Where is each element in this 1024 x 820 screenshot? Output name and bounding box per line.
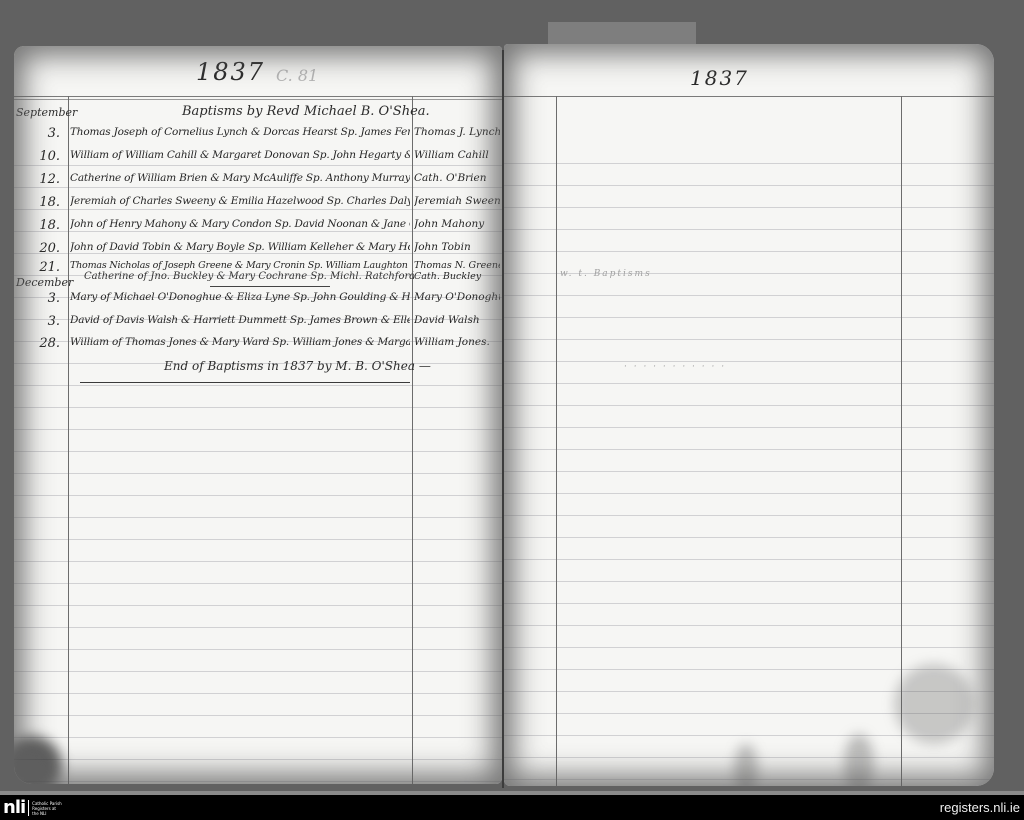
entry-name: William Jones.: [414, 336, 500, 348]
baptism-entry: 28. William of Thomas Jones & Mary Ward …: [14, 336, 502, 358]
logo-divider: [28, 800, 29, 816]
entry-name: Jeremiah Sweeny: [414, 195, 500, 207]
water-stain: [894, 664, 974, 744]
nli-logo-text: Catholic Parish Registers at the NLI: [32, 801, 62, 816]
entry-day: 21.: [26, 260, 60, 275]
header-rule-double: [14, 99, 502, 100]
entry-day: 10.: [26, 149, 60, 164]
month-label-december: December: [16, 276, 73, 289]
entry-name: Thomas J. Lynch: [414, 126, 500, 138]
month-label-september: September: [16, 106, 77, 119]
entry-text: John of David Tobin & Mary Boyle Sp. Wil…: [70, 241, 410, 253]
entry-text: William of Thomas Jones & Mary Ward Sp. …: [70, 336, 410, 348]
page-year: 1837: [690, 66, 749, 90]
page-ghost-mark: C. 81: [276, 66, 318, 85]
water-stain: [844, 734, 874, 786]
entry-text: Thomas Joseph of Cornelius Lynch & Dorca…: [70, 126, 410, 138]
right-page: 1837 w. t. Baptisms · · · · · · · · · · …: [504, 44, 994, 786]
entry-text: Thomas Nicholas of Joseph Greene & Mary …: [70, 260, 410, 271]
baptism-entry: 3. Mary of Michael O'Donoghue & Eliza Ly…: [14, 291, 502, 313]
scan-viewer: 1837 C. 81 September Baptisms by Revd Mi…: [0, 0, 1024, 795]
closing-rule: [80, 382, 410, 383]
register-heading: Baptisms by Revd Michael B. O'Shea.: [182, 104, 430, 119]
baptism-entry: 12. Catherine of William Brien & Mary Mc…: [14, 172, 502, 194]
header-rule: [504, 96, 994, 97]
margin-line: [556, 96, 557, 786]
entry-name: David Walsh: [414, 314, 500, 326]
left-page: 1837 C. 81 September Baptisms by Revd Mi…: [14, 46, 502, 784]
footer-bar: nli Catholic Parish Registers at the NLI…: [0, 795, 1024, 820]
baptism-entry: 3. David of Davis Walsh & Harriett Dumme…: [14, 314, 502, 336]
entry-day: 28.: [26, 336, 60, 351]
header-rule: [14, 96, 502, 97]
entry-name: Mary O'Donoghue: [414, 291, 500, 303]
entry-name-second: Cath. Buckley: [414, 271, 500, 282]
paper-tab-strip: [548, 22, 696, 46]
entry-subtext: Catherine of Jno. Buckley & Mary Cochran…: [84, 271, 414, 282]
bleed-through-text: · · · · · · · · · · ·: [624, 362, 726, 372]
closing-note: End of Baptisms in 1837 by M. B. O'Shea …: [164, 359, 431, 373]
entry-text: Catherine of William Brien & Mary McAuli…: [70, 172, 410, 184]
water-stain: [734, 744, 758, 786]
site-link[interactable]: registers.nli.ie: [940, 800, 1020, 815]
entry-text: William of William Cahill & Margaret Don…: [70, 149, 410, 161]
nli-logo[interactable]: nli Catholic Parish Registers at the NLI: [3, 799, 62, 817]
baptism-entry: 3. Thomas Joseph of Cornelius Lynch & Do…: [14, 126, 502, 148]
entry-day: 3.: [26, 314, 60, 329]
entry-day: 20.: [26, 241, 60, 256]
entry-name: Cath. O'Brien: [414, 172, 500, 184]
entry-name: John Mahony: [414, 218, 500, 230]
book-gutter: [502, 50, 504, 788]
entry-day: 18.: [26, 218, 60, 233]
bleed-through-text: w. t. Baptisms: [560, 269, 652, 279]
entry-text: John of Henry Mahony & Mary Condon Sp. D…: [70, 218, 410, 230]
baptism-entry: 18. Jeremiah of Charles Sweeny & Emilia …: [14, 195, 502, 217]
entry-name: William Cahill: [414, 149, 500, 161]
baptism-entry: 18. John of Henry Mahony & Mary Condon S…: [14, 218, 502, 240]
entry-day: 3.: [26, 291, 60, 306]
entry-day: 18.: [26, 195, 60, 210]
entry-day: 3.: [26, 126, 60, 141]
nli-logo-mark: nli: [3, 799, 25, 817]
entry-underline: [210, 286, 330, 287]
page-year: 1837: [196, 58, 265, 86]
entry-name: Thomas N. Greene: [414, 260, 500, 271]
entry-text: Mary of Michael O'Donoghue & Eliza Lyne …: [70, 291, 410, 303]
entry-text: Jeremiah of Charles Sweeny & Emilia Haze…: [70, 195, 410, 207]
entry-text: David of Davis Walsh & Harriett Dummett …: [70, 314, 410, 326]
baptism-entry: 10. William of William Cahill & Margaret…: [14, 149, 502, 171]
entry-day: 12.: [26, 172, 60, 187]
ruled-lines: [14, 144, 502, 784]
entry-name: John Tobin: [414, 241, 500, 253]
